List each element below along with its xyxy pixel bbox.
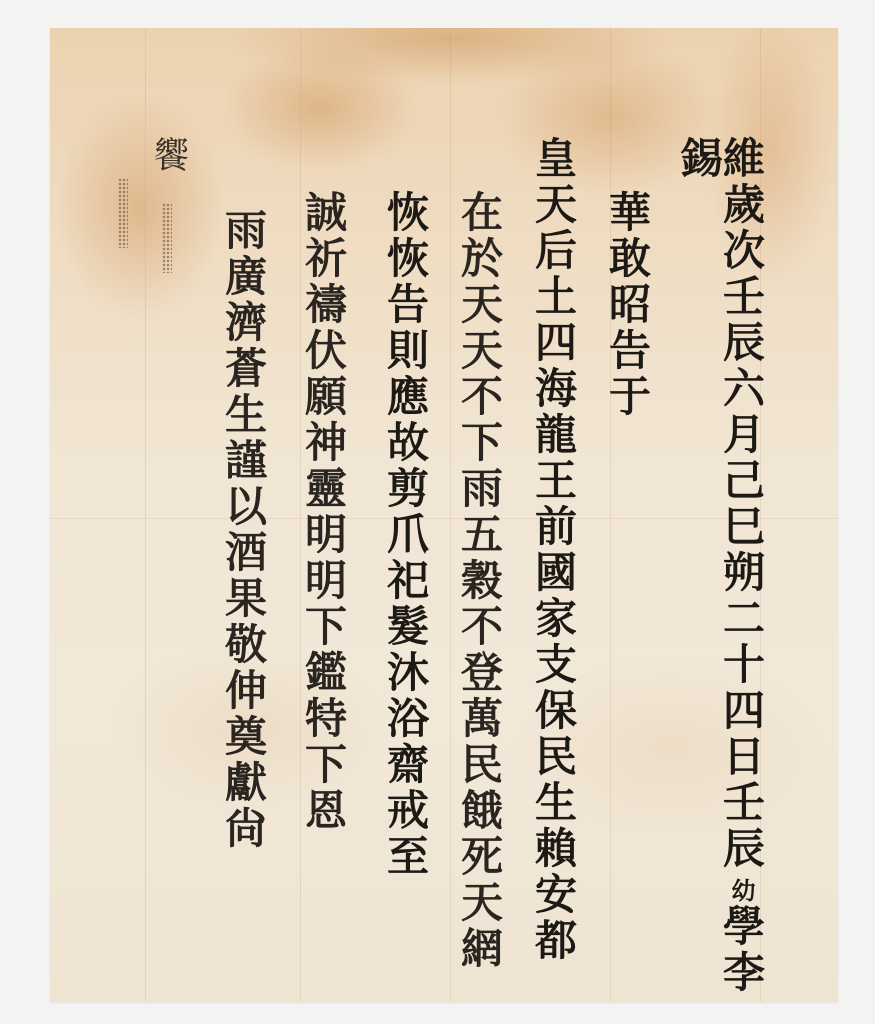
column-text: 雨廣濟蒼生謹以酒果敬伸奠獻尙 [219, 208, 268, 852]
column-small-text: 幼 [727, 878, 756, 904]
ink-speckle [162, 203, 172, 273]
text-column-3: 皇天后土四海龍王前國家支保民生賴安都 [532, 136, 574, 964]
header-mark: 饗 [150, 136, 186, 172]
text-column-7: 雨廣濟蒼生謹以酒果敬伸奠獻尙 [222, 208, 264, 852]
fold-line [145, 28, 146, 1002]
column-text: 華敢昭告于 [603, 190, 652, 420]
column-text: 在於天天不下雨五穀不登萬民餓死天網 [455, 190, 504, 972]
column-text: 誠祈禱伏願神靈明明下鑑特下恩 [299, 190, 348, 834]
ink-speckle [118, 178, 128, 248]
column-text: 皇天后土四海龍王前國家支保民生賴安都 [529, 136, 578, 964]
document-paper: 饗 維歲次壬辰六月己巳朔二十四日壬辰幼學李錫 華敢昭告于 皇天后土四海龍王前國家… [50, 28, 838, 1002]
text-column-6: 誠祈禱伏願神靈明明下鑑特下恩 [302, 190, 344, 834]
fold-line [610, 28, 611, 1002]
text-column-4: 在於天天不下雨五穀不登萬民餓死天網 [458, 190, 500, 972]
fold-line [450, 28, 451, 1002]
text-column-1: 維歲次壬辰六月己巳朔二十四日壬辰幼學李錫 [678, 136, 762, 1002]
column-text: 維歲次壬辰六月己巳朔二十四日壬辰 [717, 136, 766, 872]
column-text: 恢恢告則應故剪爪祀髮沐浴齋戒至 [381, 190, 430, 880]
text-column-5: 恢恢告則應故剪爪祀髮沐浴齋戒至 [384, 190, 426, 880]
text-column-2: 華敢昭告于 [606, 190, 648, 420]
